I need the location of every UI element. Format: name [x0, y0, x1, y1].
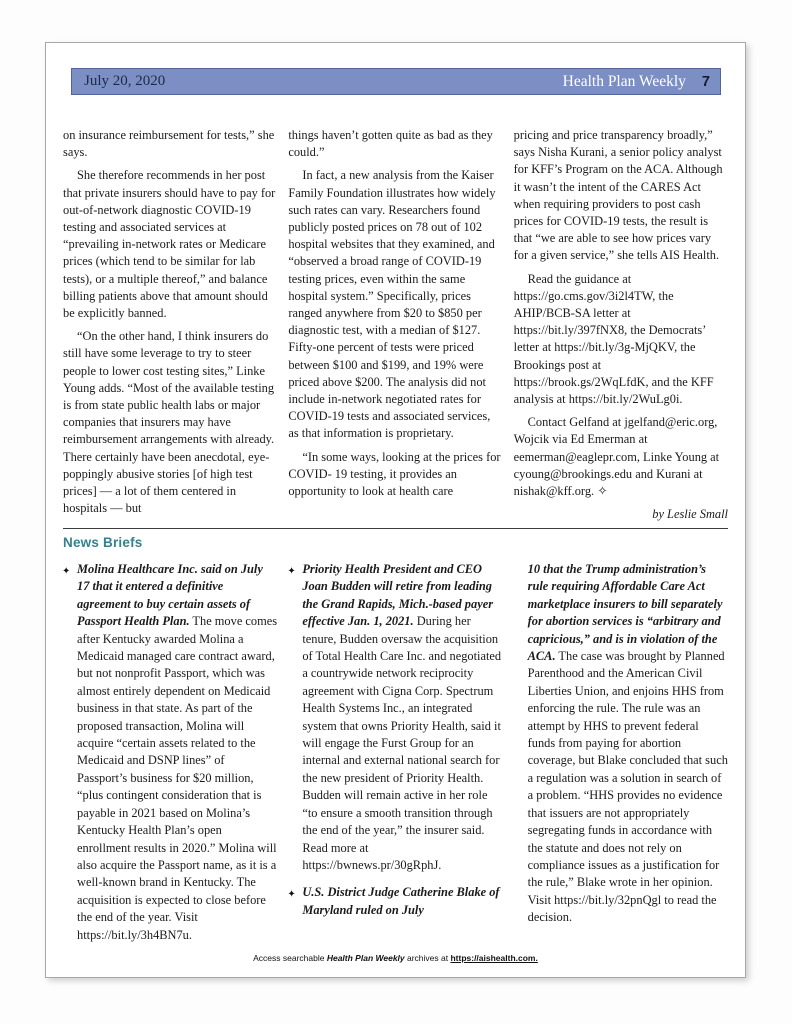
article-paragraph: Read the guidance at https://go.cms.gov/… — [514, 271, 728, 409]
article-paragraph: “In some ways, looking at the prices for… — [288, 449, 502, 501]
diamond-bullet-icon: ✦ — [287, 886, 295, 903]
news-briefs-heading: News Briefs — [63, 535, 142, 550]
article-body: on insurance reimbursement for tests,” s… — [63, 127, 728, 529]
news-brief-continuation: 10 that the Trump administration’s rule … — [514, 561, 728, 927]
brief-lead: U.S. District Judge Catherine Blake of M… — [302, 885, 499, 916]
article-column-2: things haven’t gotten quite as bad as th… — [288, 127, 502, 529]
footer-text: Access searchable — [253, 953, 327, 963]
archives-link[interactable]: https://aishealth.com. — [450, 953, 537, 963]
briefs-column-2: ✦Priority Health President and CEO Joan … — [288, 561, 502, 954]
page-number: 7 — [702, 74, 710, 90]
article-paragraph: She therefore recommends in her post tha… — [63, 167, 277, 322]
article-paragraph: In fact, a new analysis from the Kaiser … — [288, 167, 502, 442]
news-brief: ✦Priority Health President and CEO Joan … — [288, 561, 502, 874]
news-brief: ✦Molina Healthcare Inc. said on July 17 … — [63, 561, 277, 944]
briefs-column-3: 10 that the Trump administration’s rule … — [514, 561, 728, 954]
article-paragraph: Contact Gelfand at jgelfand@eric.org, Wo… — [514, 414, 728, 500]
news-briefs-section: ✦Molina Healthcare Inc. said on July 17 … — [63, 561, 728, 954]
newsletter-page: July 20, 2020 Health Plan Weekly 7 on in… — [45, 42, 746, 978]
article-paragraph: things haven’t gotten quite as bad as th… — [288, 127, 502, 161]
article-paragraph: “On the other hand, I think insurers do … — [63, 328, 277, 517]
publication-title: Health Plan Weekly — [563, 73, 686, 91]
issue-date: July 20, 2020 — [84, 73, 165, 90]
briefs-column-1: ✦Molina Healthcare Inc. said on July 17 … — [63, 561, 277, 954]
section-divider — [63, 528, 728, 529]
brief-lead: 10 that the Trump administration’s rule … — [528, 562, 723, 663]
brief-text: The case was brought by Planned Parentho… — [528, 649, 728, 924]
brief-text: During her tenure, Budden oversaw the ac… — [302, 614, 501, 872]
diamond-bullet-icon: ✦ — [287, 563, 295, 580]
page-header-bar: July 20, 2020 Health Plan Weekly 7 — [71, 68, 721, 95]
byline: by Leslie Small — [514, 506, 728, 523]
brief-text: The move comes after Kentucky awarded Mo… — [77, 614, 277, 941]
news-brief: ✦U.S. District Judge Catherine Blake of … — [288, 884, 502, 919]
footer-text: archives at — [405, 953, 451, 963]
article-paragraph: on insurance reimbursement for tests,” s… — [63, 127, 277, 161]
article-column-3: pricing and price transparency broadly,”… — [514, 127, 728, 529]
page-footer: Access searchable Health Plan Weekly arc… — [46, 953, 745, 963]
footer-publication-name: Health Plan Weekly — [327, 953, 405, 963]
article-paragraph: pricing and price transparency broadly,”… — [514, 127, 728, 265]
diamond-bullet-icon: ✦ — [62, 563, 70, 580]
article-column-1: on insurance reimbursement for tests,” s… — [63, 127, 277, 529]
